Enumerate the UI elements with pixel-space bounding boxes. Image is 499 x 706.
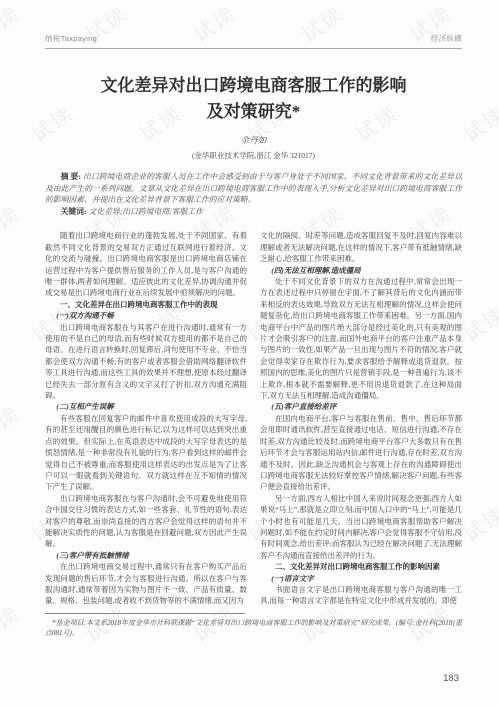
- page-content: 纳税Taxpaying 经济纵横 文化差异对出口跨境电商客服工作的影响 及对策研…: [0, 0, 499, 639]
- author-name: 余丹如: [45, 134, 462, 146]
- paragraph: 出口跨境电商客服在与客户沟通时,会不可避免地使用符合中国交往习惯的表达方式,如一…: [45, 493, 247, 550]
- running-header: 纳税Taxpaying 经济纵横: [45, 33, 462, 44]
- paragraph-intro: 随着出口跨境电商行业的蓬勃发展,处于不同国家、有着截然不同文化背景的交易双方正通…: [45, 230, 247, 298]
- paragraph: 书面语言文字是出口跨境电商客服与客户沟通的唯一工具,而每一种语言文字都是在特定文…: [260, 584, 462, 607]
- subsection-heading-1-1: (一)双方沟通不畅: [45, 310, 247, 321]
- paragraph: 在出口跨境电商交易过程中,通常只有在客户购买产品后发现问题的售后环节,才会与客服…: [45, 561, 247, 607]
- footnote-block: *基金项目:本文系2018年度金华市社科联课题“文化差异对出口跨境电商客服工作的…: [45, 613, 462, 639]
- subsection-heading-1-3: (三)客户带有抵触情绪: [45, 550, 247, 561]
- section-heading-2: 二、文化差异对出口跨境电商客服工作的影响因素: [260, 561, 462, 572]
- paragraph: 有些客服在回复客户的邮件中喜欢使用成段的大写字母,有的甚至还用醒目的颜色进行标记…: [45, 413, 247, 493]
- abstract-block: 摘 要: 出口跨境电商企业的客服人员在工作中会感受到由于与客户身处于不同国家、不…: [45, 171, 462, 206]
- page-number: 183: [443, 673, 459, 684]
- paragraph: 处于不同文化背景下的双方在沟通过程中,常常会出现一方在表述过程中只停留在字面,不…: [260, 276, 462, 401]
- article-title-line2: 及对策研究*: [45, 99, 462, 125]
- author-affiliation: (金华职业技术学院,浙江 金华 321017): [45, 150, 462, 161]
- article-title: 文化差异对出口跨境电商客服工作的影响 及对策研究*: [45, 73, 462, 125]
- header-section-right: 经济纵横: [431, 33, 462, 44]
- paragraph: 在国内电商平台,客户与客服在售前、售中、售后环节都会用即时通讯软件,甚至直接通过…: [260, 413, 462, 493]
- subsection-heading-1-5: (五)客户直接给差评: [260, 401, 462, 412]
- header-rule: [45, 48, 462, 49]
- subsection-heading-2-1: (一)语言文字: [260, 573, 462, 584]
- article-title-line1: 文化差异对出口跨境电商客服工作的影响: [45, 73, 462, 99]
- keywords-block: 关键词: 文化差异;出口跨境电商;客服工作: [45, 206, 462, 218]
- journal-page: 试读试读试读试读试读试读试读试读试读试读试读试读试读试读试读试读试读试读试读试读…: [0, 0, 499, 706]
- body-columns: 随着出口跨境电商行业的蓬勃发展,处于不同国家、有着截然不同文化背景的交易双方正通…: [45, 230, 462, 606]
- keywords-text: 文化差异;出口跨境电商;客服工作: [89, 207, 203, 216]
- subsection-heading-1-2: (二)互相产生误解: [45, 401, 247, 412]
- left-column: 随着出口跨境电商行业的蓬勃发展,处于不同国家、有着截然不同文化背景的交易双方正通…: [45, 230, 247, 606]
- header-section-left: 纳税Taxpaying: [45, 33, 97, 44]
- abstract-text: 出口跨境电商企业的客服人员在工作中会感受到由于与客户身处于不同国家、不同文化背景…: [45, 172, 462, 204]
- footnote-text: *基金项目:本文系2018年度金华市社科联课题“文化差异对出口跨境电商客服工作的…: [45, 618, 462, 639]
- paragraph: 出口跨境电商客服在与其客户在进行沟通时,通常有一方使用的不是自己的母语,而有些时…: [45, 322, 247, 402]
- paragraph: 另一方面,西方人相比中国人来说时间观念更强,西方人如果说“马上”,那就是立即立刻…: [260, 493, 462, 561]
- footnote-rule: [45, 613, 245, 614]
- subsection-heading-1-4: (四)无法互相理解,造成僵局: [260, 265, 462, 276]
- section-heading-1: 一、文化差异在出口跨境电商客服工作中的表现: [45, 299, 247, 310]
- abstract-label: 摘 要:: [61, 172, 81, 181]
- keywords-label: 关键词:: [61, 207, 87, 216]
- right-column: 文化的隔阂、时差等问题,造成客服回复不及时,回复内容难以理解或者无法解决问题,在…: [260, 230, 462, 606]
- paragraph-continued: 文化的隔阂、时差等问题,造成客服回复不及时,回复内容难以理解或者无法解决问题,在…: [260, 230, 462, 264]
